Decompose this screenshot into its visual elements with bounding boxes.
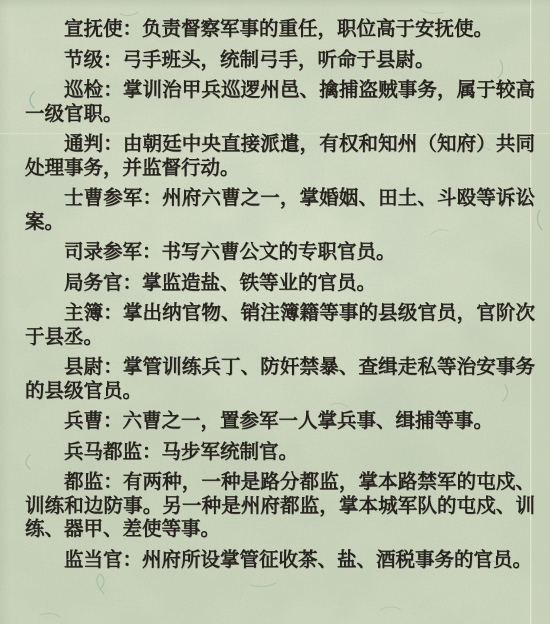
glossary-entry: 局务官：掌监造盐、铁等业的官员。 [25, 272, 535, 296]
definition: 负责督察军事的重任，职位高于安抚使。 [142, 19, 493, 40]
term: 司录参军 [64, 242, 142, 263]
separator: ： [123, 19, 143, 40]
term: 士曹参军 [64, 188, 143, 209]
term: 都监 [64, 472, 103, 493]
separator: ： [103, 303, 123, 324]
term: 县尉 [64, 357, 103, 378]
glossary-entry: 县尉：掌管训练兵丁、防奸禁暴、查缉走私等治安事务的县级官员。 [25, 356, 535, 403]
separator: ： [103, 411, 123, 432]
separator: ： [142, 442, 162, 463]
separator: ： [123, 273, 143, 294]
glossary-entry: 兵曹：六曹之一，置参军一人掌兵事、缉捕等事。 [25, 410, 535, 434]
separator: ： [123, 550, 143, 571]
definition: 书写六曹公文的专职官员。 [162, 242, 396, 263]
term: 巡检 [64, 80, 103, 101]
paper-page: 宣抚使：负责督察军事的重任，职位高于安抚使。 节级：弓手班头，统制弓手，听命于县… [0, 0, 550, 624]
glossary-entry: 兵马都监：马步军统制官。 [25, 441, 535, 465]
glossary-entry: 都监：有两种，一种是路分都监，掌本路禁军的屯戍、训练和边防事。另一种是州府都监，… [25, 471, 535, 542]
glossary-entry: 节级：弓手班头，统制弓手，听命于县尉。 [25, 49, 535, 73]
glossary-entry: 司录参军：书写六曹公文的专职官员。 [25, 241, 535, 265]
glossary-entry: 通判：由朝廷中央直接派遣，有权和知州（知府）共同处理事务，并监督行动。 [25, 133, 535, 180]
term: 通判 [64, 134, 103, 155]
term: 主簿 [64, 303, 103, 324]
definition: 六曹之一，置参军一人掌兵事、缉捕等事。 [123, 411, 494, 432]
definition: 弓手班头，统制弓手，听命于县尉。 [123, 50, 435, 71]
term: 兵曹 [64, 411, 103, 432]
separator: ： [103, 357, 123, 378]
separator: ： [142, 242, 162, 263]
glossary-entry: 士曹参军：州府六曹之一，掌婚姻、田土、斗殴等诉讼案。 [25, 187, 535, 234]
separator: ： [103, 80, 123, 101]
term: 监当官 [64, 550, 123, 571]
separator: ： [103, 472, 123, 493]
glossary-entry: 巡检：掌训治甲兵巡逻州邑、擒捕盗贼事务，属于较高一级官职。 [25, 79, 535, 126]
term: 局务官 [64, 273, 123, 294]
term: 节级 [64, 50, 103, 71]
term: 兵马都监 [64, 442, 142, 463]
glossary-text: 宣抚使：负责督察军事的重任，职位高于安抚使。 节级：弓手班头，统制弓手，听命于县… [0, 0, 550, 572]
definition: 州府所设掌管征收茶、盐、酒税事务的官员。 [142, 550, 532, 571]
definition: 掌监造盐、铁等业的官员。 [142, 273, 376, 294]
separator: ： [143, 188, 163, 209]
glossary-entry: 监当官：州府所设掌管征收茶、盐、酒税事务的官员。 [25, 549, 535, 573]
glossary-entry: 宣抚使：负责督察军事的重任，职位高于安抚使。 [25, 18, 535, 42]
glossary-entry: 主簿：掌出纳官物、销注簿籍等事的县级官员，官阶次于县丞。 [25, 302, 535, 349]
definition: 马步军统制官。 [162, 442, 299, 463]
separator: ： [103, 134, 123, 155]
term: 宣抚使 [64, 19, 123, 40]
separator: ： [103, 50, 123, 71]
